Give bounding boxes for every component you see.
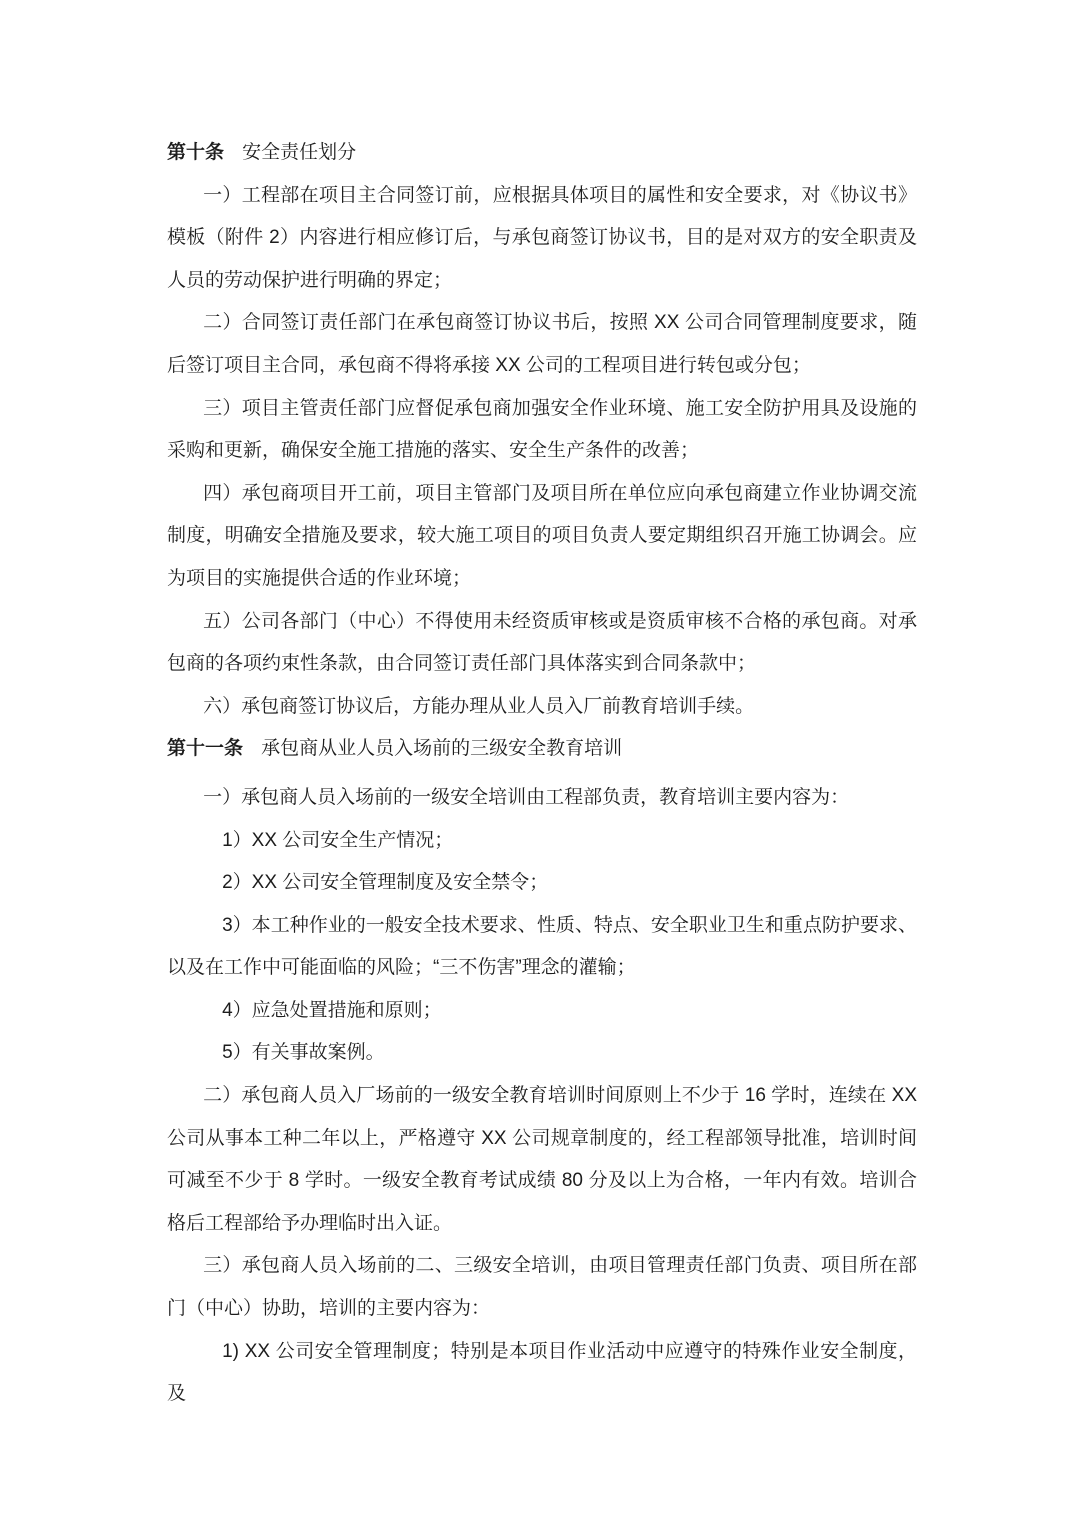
article-11-heading: 第十一条承包商从业人员入场前的三级安全教育培训 [167,728,917,771]
paragraph-item-7: 一）承包商人员入场前的一级安全培训由工程部负责，教育培训主要内容为： [167,777,917,820]
paragraph-item-4: 四）承包商项目开工前，项目主管部门及项目所在单位应向承包商建立作业协调交流制度，… [167,473,917,601]
sub-item-1: 1）XX 公司安全生产情况； [167,820,917,863]
sub-item-2: 2）XX 公司安全管理制度及安全禁令； [167,862,917,905]
article-11-number: 第十一条 [167,738,243,759]
sub-item-6: 1) XX 公司安全管理制度；特别是本项目作业活动中应遵守的特殊作业安全制度，及 [167,1331,917,1416]
article-10-heading: 第十条安全责任划分 [167,132,917,175]
paragraph-item-6: 六）承包商签订协议后，方能办理从业人员入厂前教育培训手续。 [167,686,917,729]
document-page: 第十条安全责任划分 一）工程部在项目主合同签订前，应根据具体项目的属性和安全要求… [0,0,1080,1526]
sub-item-4: 4）应急处置措施和原则； [167,990,917,1033]
article-11-title: 承包商从业人员入场前的三级安全教育培训 [261,738,622,759]
article-11-section: 第十一条承包商从业人员入场前的三级安全教育培训 一）承包商人员入场前的一级安全培… [167,728,917,1416]
paragraph-item-8: 二）承包商人员入厂场前的一级安全教育培训时间原则上不少于 16 学时，连续在 X… [167,1075,917,1245]
paragraph-item-2: 二）合同签订责任部门在承包商签订协议书后，按照 XX 公司合同管理制度要求，随后… [167,302,917,387]
paragraph-item-1: 一）工程部在项目主合同签订前，应根据具体项目的属性和安全要求，对《协议书》模板（… [167,175,917,303]
article-10-section: 第十条安全责任划分 一）工程部在项目主合同签订前，应根据具体项目的属性和安全要求… [167,132,917,728]
article-10-title: 安全责任划分 [242,142,356,163]
paragraph-item-9: 三）承包商人员入场前的二、三级安全培训，由项目管理责任部门负责、项目所在部门（中… [167,1245,917,1330]
paragraph-item-5: 五）公司各部门（中心）不得使用未经资质审核或是资质审核不合格的承包商。对承包商的… [167,601,917,686]
sub-item-3: 3）本工种作业的一般安全技术要求、性质、特点、安全职业卫生和重点防护要求、以及在… [167,905,917,990]
paragraph-item-3: 三）项目主管责任部门应督促承包商加强安全作业环境、施工安全防护用具及设施的采购和… [167,388,917,473]
article-10-number: 第十条 [167,142,224,163]
sub-item-5: 5）有关事故案例。 [167,1032,917,1075]
